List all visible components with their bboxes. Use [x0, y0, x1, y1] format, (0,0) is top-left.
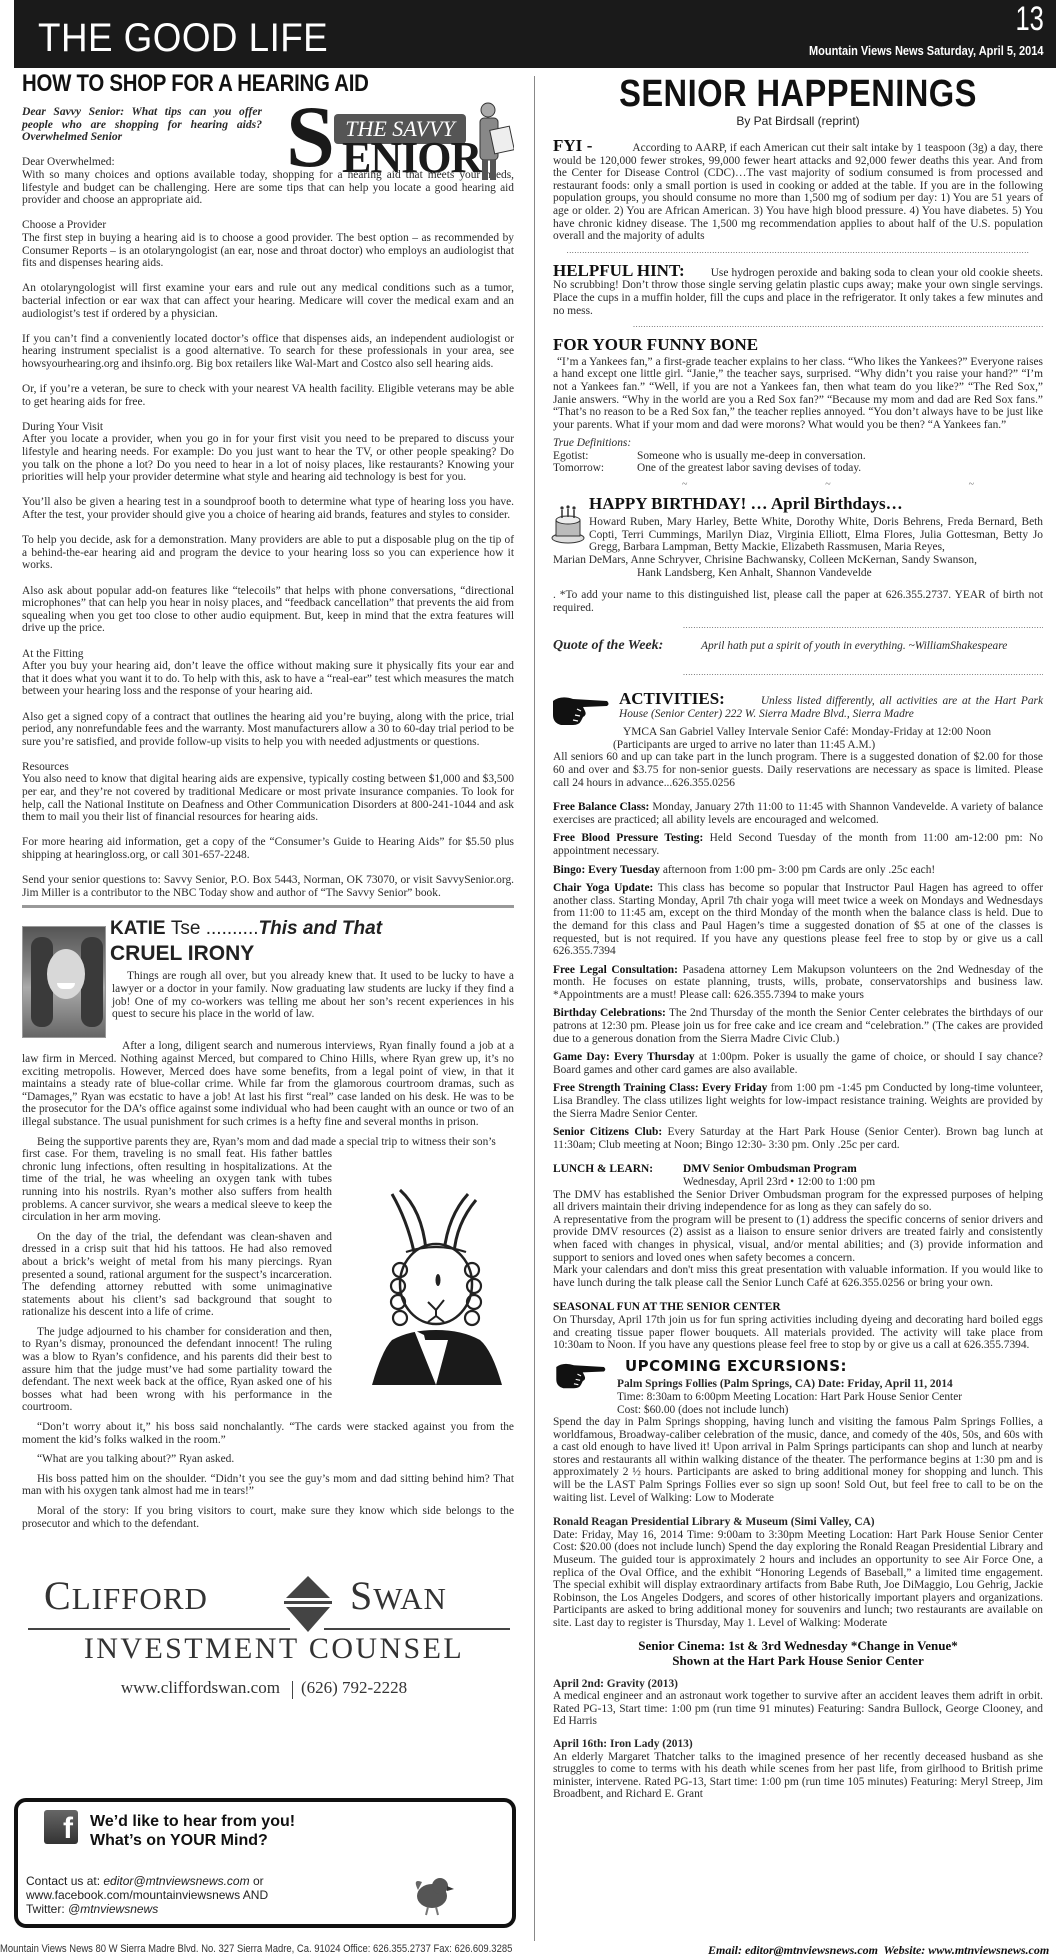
section-title: THE GOOD LIFE [38, 16, 328, 61]
movie-item: April 16th: Iron Lady (2013) An elderly … [553, 1738, 1043, 1801]
activity-label: Bingo: Every Tuesday [553, 864, 660, 876]
article-title: HOW TO SHOP FOR A HEARING AID [22, 70, 440, 98]
ad-contact: www.cliffordswan.com(626) 792-2228 [22, 1678, 506, 1698]
katie-tse-column: KATIE Tse ..........This and That CRUEL … [22, 918, 514, 1558]
definition-meaning: One of the greatest labor saving devises… [637, 462, 861, 474]
paragraph: first case. For them, traveling is no sm… [22, 1148, 332, 1224]
section-heading: Resources [22, 761, 514, 774]
activities-title: ACTIVITIES: [619, 689, 725, 708]
movie-title: April 2nd: Gravity (2013) [553, 1678, 678, 1690]
twitter-label: Twitter: [26, 1902, 68, 1916]
paragraph: You’ll also be given a hearing test in a… [22, 496, 514, 521]
brand-left-initial: C [44, 1573, 72, 1618]
birthday-note: . *To add your name to this distinguishe… [553, 589, 1043, 614]
tilde: ~ [682, 479, 687, 492]
ymca-cafe-text: All seniors 60 and up can take part in t… [553, 751, 1043, 789]
activity-text: afternoon from 1:00 pm- 3:00 pm Cards ar… [660, 864, 935, 876]
footer-website-link[interactable]: Website: www.mtnviewsnews.com [884, 1943, 1050, 1957]
pointing-hand-icon [551, 693, 611, 727]
activity-item: Free Balance Class: Monday, January 27th… [553, 801, 1043, 826]
lunch-text: Mark your calendars and don't miss this … [553, 1264, 1043, 1289]
activity-item: Bingo: Every Tuesday afternoon from 1:00… [553, 864, 1043, 877]
activity-item: Chair Yoga Update: This class has become… [553, 882, 1043, 958]
excursion-time: Time: 8:30am to 6:00pm Meeting Location:… [617, 1391, 1043, 1404]
intro-paragraph: Things are rough all over, but you alrea… [112, 970, 514, 1027]
paragraph: Moral of the story: If you bring visitor… [22, 1505, 514, 1530]
activity-label: Free Balance Class: [553, 801, 649, 813]
section-choose-provider: Choose a Provider The first step in buyi… [22, 219, 514, 269]
activities-list: YMCA San Gabriel Valley Intervale Senior… [553, 726, 1043, 1352]
movie-text: A medical engineer and an astronaut work… [553, 1690, 1043, 1728]
page-masthead: THE GOOD LIFE 13 Mountain Views News Sat… [14, 0, 1056, 68]
paragraph: On the day of the trial, the defendant w… [22, 1231, 332, 1319]
feedback-contact: Contact us at: editor@mtnviewsnews.com o… [26, 1874, 386, 1916]
brand-right-initial: S [350, 1573, 373, 1618]
activity-label: Senior Citizens Club: [553, 1126, 662, 1138]
column-byline: KATIE Tse ..........This and That [110, 918, 382, 940]
paragraph: For more hearing aid information, get a … [22, 836, 514, 861]
birthday-section: HAPPY BIRTHDAY! … April Birthdays… Howar… [553, 498, 1043, 580]
clifford-swan-ad[interactable]: CLIFFORD SWAN INVESTMENT COUNSEL www.cli… [22, 1566, 514, 1706]
brand-left-rest: LIFFORD [72, 1581, 208, 1616]
activity-label: Free Strength Training Class: Every Frid… [553, 1082, 767, 1094]
paragraph: After a long, diligent search and numero… [22, 1040, 514, 1128]
excursion-cost: Cost: $60.00 (does not include lunch) [617, 1404, 1043, 1417]
funny-bone-text: “I’m a Yankees fan,” a first-grade teach… [553, 356, 1043, 432]
paragraph: An otolaryngologist will first examine y… [22, 282, 514, 320]
greeting: Dear Overwhelmed: [22, 156, 258, 169]
rabbit-judge-illustration [352, 1180, 522, 1390]
ad-phone: (626) 792-2228 [301, 1678, 407, 1697]
ad-rule [28, 1628, 290, 1630]
excursions-header: UPCOMING EXCURSIONS: [553, 1360, 1043, 1373]
seasonal-title: SEASONAL FUN AT THE SENIOR CENTER [553, 1301, 1043, 1314]
dotted-separator: ........................................… [553, 620, 1043, 632]
activity-item: Free Strength Training Class: Every Frid… [553, 1082, 1043, 1120]
lunch-label: LUNCH & LEARN: [553, 1163, 683, 1176]
footer-address: Mountain Views News 80 W Sierra Madre Bl… [0, 1943, 512, 1955]
movie-title: April 16th: Iron Lady (2013) [553, 1738, 693, 1750]
paragraph: Send your senior questions to: Savvy Sen… [22, 874, 514, 899]
brand-right-rest: WAN [373, 1581, 447, 1616]
quote-of-week: Quote of the Week:April hath put a spiri… [553, 640, 1043, 653]
feedback-headline-line: What’s on YOUR Mind? [90, 1831, 295, 1850]
savvy-senior-logo: S THE SAVVY ENIOR [282, 100, 514, 182]
contact-label: Contact us at: [26, 1874, 103, 1888]
funny-bone-title: FOR YOUR FUNNY BONE [553, 339, 1043, 352]
twitter-handle-link[interactable]: @mtnviewsnews [68, 1902, 158, 1916]
ymca-cafe-note: (Participants are urged to arrive no lat… [553, 739, 1043, 752]
excursions-title: UPCOMING EXCURSIONS: [625, 1360, 1043, 1373]
activity-item: Free Blood Pressure Testing: Held Second… [553, 832, 1043, 857]
author-last-name: Tse [171, 918, 201, 939]
paragraph: After you locate a provider, when you go… [22, 433, 514, 483]
paragraph: The first step in buying a hearing aid i… [22, 232, 514, 270]
excursion-palm-springs: Palm Springs Follies (Palm Springs, CA) … [553, 1378, 1043, 1416]
section-heading: At the Fitting [22, 648, 514, 661]
excursion-reagan-library: Ronald Reagan Presidential Library & Mus… [553, 1516, 1043, 1629]
feedback-box: f We’d like to hear from you! What’s on … [14, 1798, 516, 1928]
birthday-names: Hank Landsberg, Ken Anhalt, Shannon Vand… [589, 567, 1043, 580]
lunch-date: Wednesday, April 23rd • 12:00 to 1:00 pm [683, 1176, 1043, 1189]
feedback-headline: We’d like to hear from you! What’s on YO… [90, 1812, 295, 1850]
column-name: This and That [259, 918, 383, 939]
paragraph: The judge adjourned to his chamber for c… [22, 1326, 332, 1414]
section-fitting: At the Fitting After you buy your hearin… [22, 648, 514, 698]
byline-dots: .......... [200, 918, 258, 939]
excursion-title: Ronald Reagan Presidential Library & Mus… [553, 1516, 875, 1528]
savvy-senior-article: HOW TO SHOP FOR A HEARING AID S THE SAVV… [22, 70, 514, 899]
ad-website-link[interactable]: www.cliffordswan.com [121, 1678, 280, 1697]
fyi-text: According to AARP, if each American cut … [553, 142, 1043, 242]
lunch-and-learn: LUNCH & LEARN: DMV Senior Ombudsman Prog… [553, 1163, 1043, 1188]
paragraph: Being the supportive parents they are, R… [22, 1136, 514, 1149]
birthday-names: Marian DeMars, Anne Schryver, Chrisine B… [553, 554, 1043, 567]
section-resources: Resources You also need to know that dig… [22, 761, 514, 824]
paragraph: Or, if you’re a veteran, be sure to chec… [22, 383, 514, 408]
activity-label: Chair Yoga Update: [553, 882, 653, 894]
definition-term: Egotist: [553, 450, 637, 463]
author-photo [22, 926, 106, 1038]
activities-header: ACTIVITIES:Unless listed differently, al… [553, 693, 1043, 720]
dotted-separator: ........................................… [553, 667, 1043, 679]
senior-happenings-title: SENIOR HAPPENINGS [587, 72, 1008, 116]
cinema-title-line: Shown at the Hart Park House Senior Cent… [553, 1653, 1043, 1668]
senior-cinema-title: Senior Cinema: 1st & 3rd Wednesday *Chan… [553, 1638, 1043, 1668]
quote-label: Quote of the Week: [553, 640, 701, 653]
paragraph: His boss patted him on the shoulder. “Di… [22, 1473, 514, 1498]
section-during-visit: During Your Visit After you locate a pro… [22, 421, 514, 484]
newspaper-man-icon [472, 100, 514, 182]
dotted-separator: ........................................… [553, 319, 1043, 331]
definition-row: Tomorrow:One of the greatest labor savin… [553, 462, 1043, 475]
lunch-program: DMV Senior Ombudsman Program [683, 1163, 1043, 1176]
dotted-separator: ........................................… [553, 245, 1043, 257]
ad-subtitle: INVESTMENT COUNSEL [32, 1632, 516, 1666]
section-heading: Choose a Provider [22, 219, 514, 232]
quote-text: April hath put a spirit of youth in ever… [701, 640, 1007, 652]
paragraph: You also need to know that digital heari… [22, 773, 514, 823]
editor-email-link[interactable]: editor@mtnviewsnews.com [103, 1874, 249, 1888]
ad-rule [324, 1628, 510, 1630]
definitions-title: True Definitions: [553, 437, 1043, 450]
activity-label: Birthday Celebrations: [553, 1007, 666, 1019]
right-column: SENIOR HAPPENINGS By Pat Birdsall (repri… [553, 68, 1043, 1801]
paragraph: “What are you talking about?” Ryan asked… [22, 1453, 514, 1466]
paragraph: To help you decide, ask for a demonstrat… [22, 534, 514, 572]
definition-term: Tomorrow: [553, 462, 637, 475]
birthday-names: Howard Ruben, Mary Harley, Bette White, … [589, 516, 1043, 554]
definition-meaning: Someone who is usually me-deep in conver… [637, 450, 866, 462]
birthday-cake-icon [551, 504, 585, 544]
activity-label: Game Day: Every Thursday [553, 1051, 695, 1063]
paragraph: If you can’t find a conveniently located… [22, 333, 514, 371]
paragraph: After you buy your hearing aid, don’t le… [22, 660, 514, 698]
activity-item: Birthday Celebrations: The 2nd Thursday … [553, 1007, 1043, 1045]
reader-question: Dear Savvy Senior: What tips can you off… [22, 106, 262, 144]
cinema-title-line: Senior Cinema: 1st & 3rd Wednesday *Chan… [553, 1638, 1043, 1653]
lunch-text: The DMV has established the Senior Drive… [553, 1189, 1043, 1214]
activity-label: Free Blood Pressure Testing: [553, 832, 703, 844]
paragraph: Things are rough all over, but you alrea… [112, 970, 514, 1020]
pointing-hand-icon [553, 1360, 609, 1390]
excursion-text: Date: Friday, May 16, 2014 Time: 9:00am … [553, 1529, 1043, 1630]
column-divider [534, 76, 535, 1941]
byline: By Pat Birdsall (reprint) [553, 114, 1043, 128]
author-first-name: KATIE [110, 918, 166, 939]
paragraph: Also get a signed copy of a contract tha… [22, 711, 514, 749]
fyi-section: FYI -According to AARP, if each American… [553, 140, 1043, 243]
excursion-text: Spend the day in Palm Springs shopping, … [553, 1416, 1043, 1504]
section-heading: During Your Visit [22, 421, 514, 434]
fyi-label: FYI - [553, 136, 592, 155]
activity-item: Game Day: Every Thursday at 1:00pm. Poke… [553, 1051, 1043, 1076]
ymca-cafe-line: YMCA San Gabriel Valley Intervale Senior… [553, 726, 1043, 739]
tilde-separator: ~ ~ ~ [553, 479, 1043, 492]
birthday-title: HAPPY BIRTHDAY! … April Birthdays… [589, 498, 1043, 511]
excursion-title: Palm Springs Follies (Palm Springs, CA) … [617, 1378, 953, 1390]
page-footer: Mountain Views News 80 W Sierra Madre Bl… [0, 1943, 1056, 1957]
movie-text: An elderly Margaret Thatcher talks to th… [553, 1751, 1043, 1801]
lunch-text: A representative from the program will b… [553, 1214, 1043, 1264]
definition-row: Egotist:Someone who is usually me-deep i… [553, 450, 1043, 463]
paragraph: Also ask about popular add-on features l… [22, 585, 514, 635]
logo-word: ENIOR [342, 136, 481, 180]
tilde: ~ [969, 479, 974, 492]
activity-item: Free Legal Consultation: Pasadena attorn… [553, 964, 1043, 1002]
page-number: 13 [1016, 0, 1044, 39]
helpful-hint-section: HELPFUL HINT:Use hydrogen peroxide and b… [553, 265, 1043, 317]
left-column: HOW TO SHOP FOR A HEARING AID S THE SAVV… [22, 68, 514, 1706]
activity-item: Senior Citizens Club: Every Saturday at … [553, 1126, 1043, 1151]
section-divider [22, 905, 514, 908]
tilde: ~ [825, 479, 830, 492]
footer-email-link[interactable]: Email: editor@mtnviewsnews.com [708, 1943, 878, 1957]
diamond-logo-icon [280, 1574, 336, 1634]
twitter-bird-icon [408, 1870, 456, 1918]
feedback-headline-line: We’d like to hear from you! [90, 1812, 295, 1831]
true-definitions: True Definitions: Egotist:Someone who is… [553, 437, 1043, 475]
seasonal-text: On Thursday, April 17th join us for fun … [553, 1314, 1043, 1352]
dateline: Mountain Views News Saturday, April 5, 2… [809, 44, 1044, 58]
activity-label: Free Legal Consultation: [553, 964, 678, 976]
hint-label: HELPFUL HINT: [553, 261, 685, 280]
logo-letter: S [286, 94, 335, 182]
movie-item: April 2nd: Gravity (2013) A medical engi… [553, 1678, 1043, 1728]
column-headline: CRUEL IRONY [110, 942, 254, 966]
facebook-icon[interactable]: f [44, 1810, 78, 1844]
paragraph: “Don’t worry about it,” his boss said no… [22, 1421, 514, 1446]
